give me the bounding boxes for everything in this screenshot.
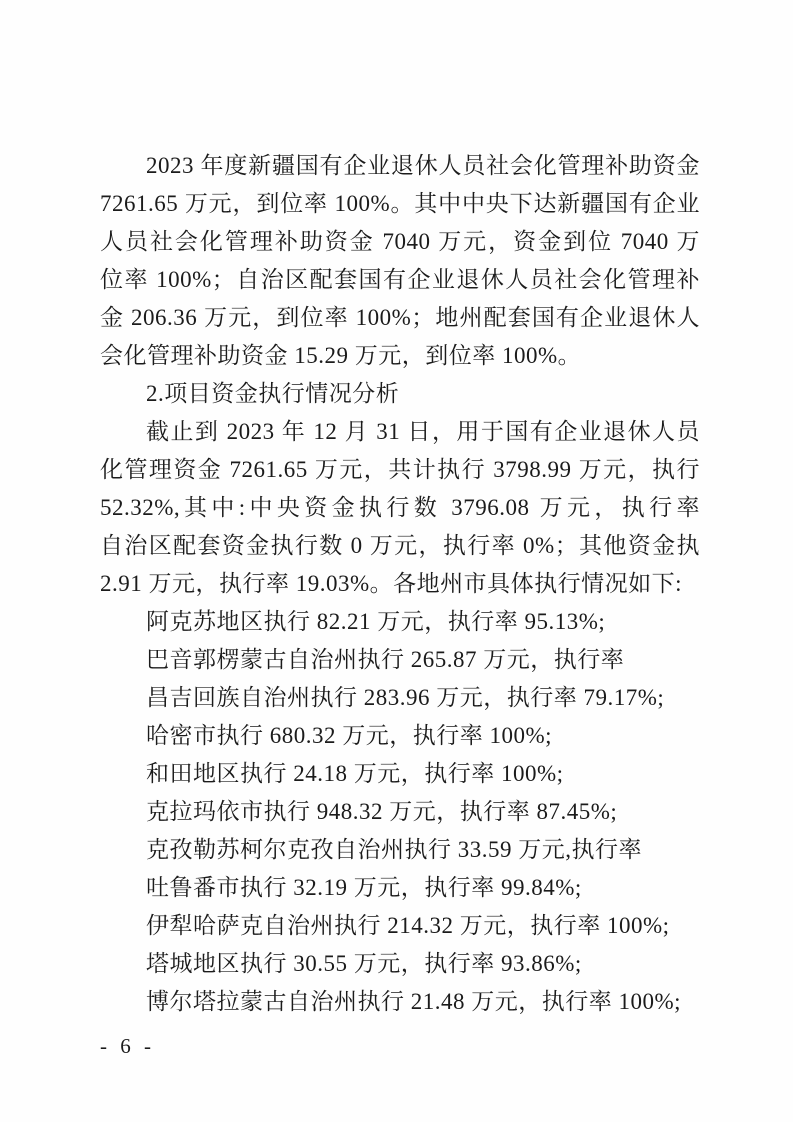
paragraph-funding-line: 7261.65 万元，到位率 100%。其中中央下达新疆国有企业退休 — [100, 185, 700, 223]
paragraph-execution-line: 52.32%,其中:中央资金执行数 3796.08 万元，执行率 53.92%; — [100, 489, 700, 527]
list-item-region-execution: 伊犁哈萨克自治州执行 214.32 万元，执行率 100%; — [100, 907, 700, 945]
document-body: 2023 年度新疆国有企业退休人员社会化管理补助资金 7261.65 万元，到位… — [100, 147, 700, 1021]
list-item-region-execution: 昌吉回族自治州执行 283.96 万元，执行率 79.17%; — [100, 679, 700, 717]
paragraph-execution-line: 2.91 万元，执行率 19.03%。各地州市具体执行情况如下: — [100, 565, 700, 603]
paragraph-funding-line: 金 206.36 万元，到位率 100%；地州配套国有企业退休人员社 — [100, 299, 700, 337]
paragraph-funding-line: 位率 100%；自治区配套国有企业退休人员社会化管理补助资 — [100, 261, 700, 299]
section-heading: 2.项目资金执行情况分析 — [100, 375, 700, 413]
list-item-region-execution: 巴音郭楞蒙古自治州执行 265.87 万元，执行率 43.71%; — [100, 641, 700, 679]
list-item-region-execution: 克拉玛依市执行 948.32 万元，执行率 87.45%; — [100, 793, 700, 831]
list-item-region-execution: 阿克苏地区执行 82.21 万元，执行率 95.13%; — [100, 603, 700, 641]
list-item-region-execution: 博尔塔拉蒙古自治州执行 21.48 万元，执行率 100%; — [100, 983, 700, 1021]
page-number: - 6 - — [100, 1031, 155, 1061]
paragraph-funding-line: 人员社会化管理补助资金 7040 万元，资金到位 7040 万元，到 — [100, 223, 700, 261]
paragraph-execution-line: 自治区配套资金执行数 0 万元，执行率 0%；其他资金执行数 — [100, 527, 700, 565]
document-page: 2023 年度新疆国有企业退休人员社会化管理补助资金 7261.65 万元，到位… — [0, 0, 793, 1122]
list-item-region-execution: 塔城地区执行 30.55 万元，执行率 93.86%; — [100, 945, 700, 983]
list-item-region-execution: 哈密市执行 680.32 万元，执行率 100%; — [100, 717, 700, 755]
list-item-region-execution: 和田地区执行 24.18 万元，执行率 100%; — [100, 755, 700, 793]
list-item-region-execution: 吐鲁番市执行 32.19 万元，执行率 99.84%; — [100, 869, 700, 907]
list-item-region-execution: 克孜勒苏柯尔克孜自治州执行 33.59 万元,执行率 91.3%; — [100, 831, 700, 869]
paragraph-execution-line: 截止到 2023 年 12 月 31 日，用于国有企业退休人员社会 — [100, 413, 700, 451]
paragraph-funding-line: 2023 年度新疆国有企业退休人员社会化管理补助资金 — [100, 147, 700, 185]
paragraph-execution-line: 化管理资金 7261.65 万元，共计执行 3798.99 万元，执行率 — [100, 451, 700, 489]
paragraph-funding-line: 会化管理补助资金 15.29 万元，到位率 100%。 — [100, 337, 700, 375]
